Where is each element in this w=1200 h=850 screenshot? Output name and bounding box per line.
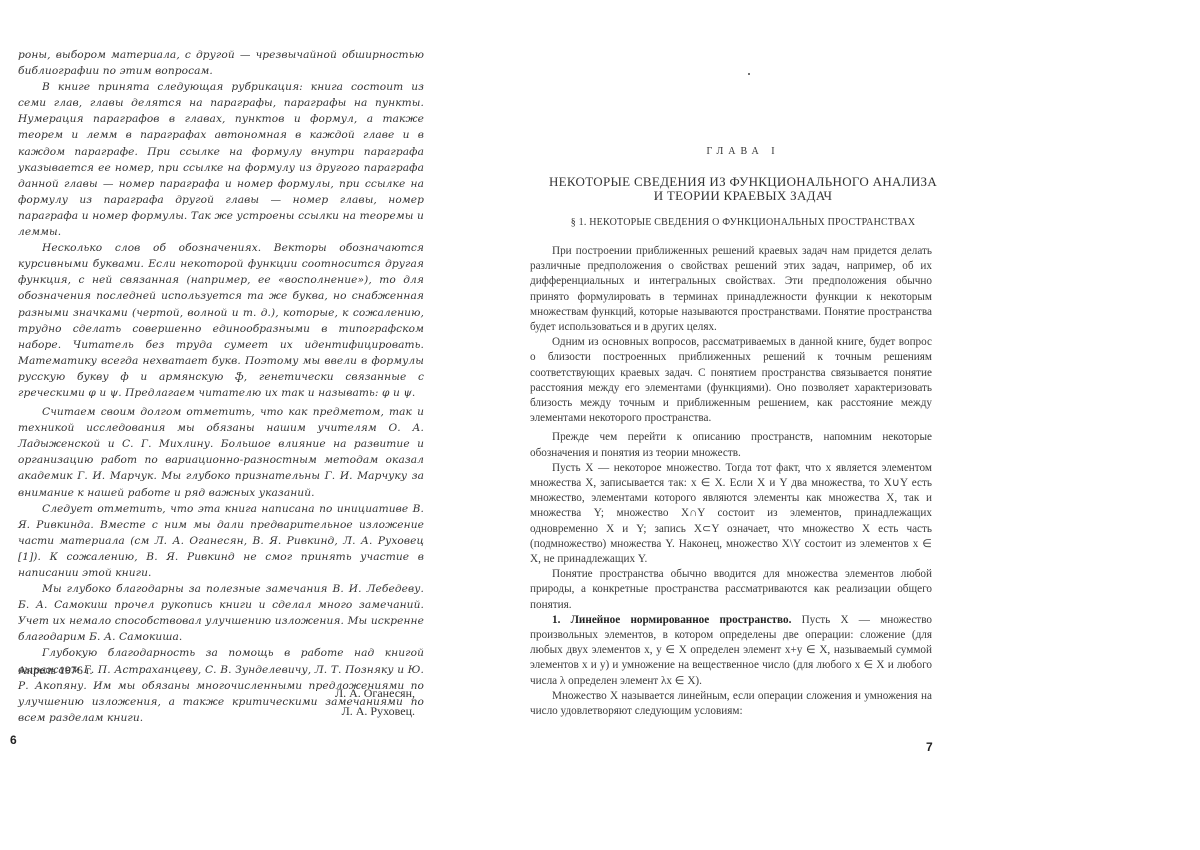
- paragraph: Пусть X — некоторое множество. Тогда тот…: [530, 461, 932, 567]
- paragraph: Прежде чем перейти к описанию пространст…: [530, 430, 932, 460]
- chapter-title-line: НЕКОТОРЫЕ СВЕДЕНИЯ ИЗ ФУНКЦИОНАЛЬНОГО АН…: [520, 175, 966, 189]
- print-speck: [748, 73, 750, 75]
- left-page-body: роны, выбором материала, с другой — чрез…: [18, 47, 424, 726]
- paragraph: При построении приближенных решений крае…: [530, 244, 932, 335]
- chapter-title-line: И ТЕОРИИ КРАЕВЫХ ЗАДАЧ: [520, 189, 966, 203]
- item-heading: 1. Линейное нормированное пространство.: [552, 614, 791, 626]
- paragraph: Следует отметить, что эта книга написана…: [18, 501, 424, 581]
- paragraph: Несколько слов об обозначениях. Векторы …: [18, 240, 424, 401]
- paragraph: В книге принята следующая рубрикация: кн…: [18, 79, 424, 240]
- page-number: 6: [10, 733, 17, 747]
- paragraph: Мы глубоко благодарны за полезные замеча…: [18, 581, 424, 645]
- page-number: 7: [926, 740, 933, 754]
- chapter-label: ГЛАВА I: [520, 146, 966, 157]
- paragraph: Считаем своим долгом отметить, что как п…: [18, 404, 424, 501]
- paragraph: роны, выбором материала, с другой — чрез…: [18, 47, 424, 79]
- chapter-title: НЕКОТОРЫЕ СВЕДЕНИЯ ИЗ ФУНКЦИОНАЛЬНОГО АН…: [520, 175, 966, 203]
- paragraph: 1. Линейное нормированное пространство. …: [530, 613, 932, 689]
- section-title: § 1. НЕКОТОРЫЕ СВЕДЕНИЯ О ФУНКЦИОНАЛЬНЫХ…: [520, 217, 966, 228]
- paragraph: Множество X называется линейным, если оп…: [530, 689, 932, 719]
- signatures: Л. А. Оганесян, Л. А. Руховец.: [300, 684, 415, 720]
- paragraph: Одним из основных вопросов, рассматривае…: [530, 335, 932, 426]
- signature: Л. А. Руховец.: [300, 702, 415, 720]
- right-page-body: При построении приближенных решений крае…: [530, 244, 932, 719]
- paragraph: Понятие пространства обычно вводится для…: [530, 567, 932, 613]
- signature: Л. А. Оганесян,: [300, 684, 415, 702]
- preface-date: Апрель 1976 г.: [18, 663, 92, 678]
